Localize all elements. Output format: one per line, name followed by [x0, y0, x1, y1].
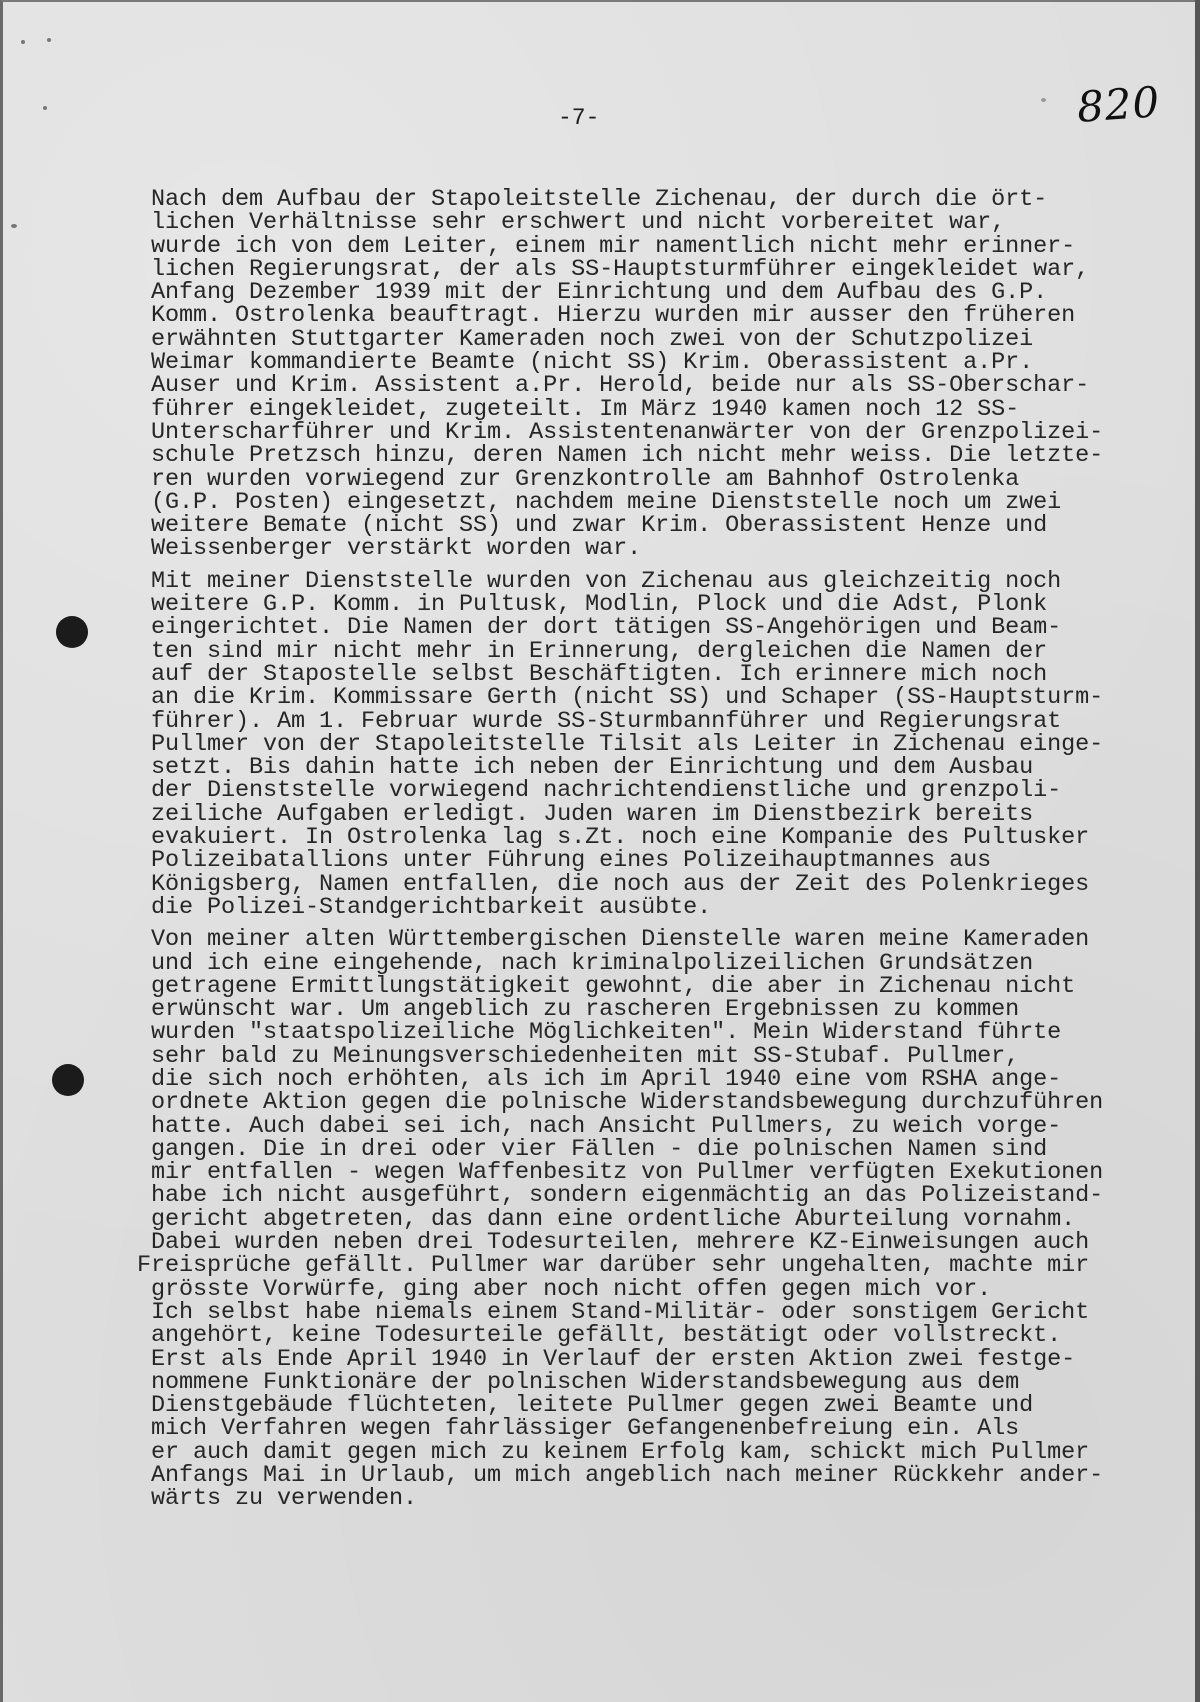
document-page: -7- 820 Nach dem Aufbau der Stapoleitste… [0, 0, 1195, 1702]
text-line: sehr bald zu Meinungsverschiedenheiten m… [151, 1045, 1200, 1068]
text-line: schule Pretzsch hinzu, deren Namen ich n… [151, 444, 1200, 467]
archive-number-handwritten: 820 [1075, 77, 1161, 132]
dust-speck [47, 38, 51, 42]
paragraph-2: Mit meiner Dienststelle wurden von Ziche… [151, 570, 1200, 919]
text-line: Pullmer von der Stapoleitstelle Tilsit a… [151, 733, 1200, 756]
punch-hole-icon [52, 1064, 84, 1096]
text-line: grösste Vorwürfe, ging aber noch nicht o… [151, 1278, 1200, 1301]
punch-hole-icon [56, 616, 88, 648]
text-line: evakuiert. In Ostrolenka lag s.Zt. noch … [151, 826, 1200, 849]
text-line: erwünscht war. Um angeblich zu rascheren… [151, 998, 1200, 1021]
text-line: Von meiner alten Württembergischen Diens… [151, 928, 1200, 951]
body-text: Nach dem Aufbau der Stapoleitstelle Zich… [151, 188, 1200, 1511]
text-line: an die Krim. Kommissare Gerth (nicht SS)… [151, 686, 1200, 709]
text-line: führer eingekleidet, zugeteilt. Im März … [151, 398, 1200, 421]
text-line: die sich noch erhöhten, als ich im April… [151, 1068, 1200, 1091]
text-line: Königsberg, Namen entfallen, die noch au… [151, 873, 1200, 896]
text-line: ordnete Aktion gegen die polnische Wider… [151, 1091, 1200, 1114]
text-line: Erst als Ende April 1940 in Verlauf der … [151, 1348, 1200, 1371]
text-line: auf der Stapostelle selbst Beschäftigten… [151, 663, 1200, 686]
text-line: und ich eine eingehende, nach kriminalpo… [151, 952, 1200, 975]
text-line: setzt. Bis dahin hatte ich neben der Ein… [151, 756, 1200, 779]
text-line: Ich selbst habe niemals einem Stand-Mili… [151, 1301, 1200, 1324]
text-line: Freisprüche gefällt. Pullmer war darüber… [137, 1254, 1200, 1277]
text-line: der Dienststelle vorwiegend nachrichtend… [151, 779, 1200, 802]
page-number: -7- [558, 105, 599, 131]
dust-speck [43, 106, 47, 110]
text-line: Komm. Ostrolenka beauftragt. Hierzu wurd… [151, 304, 1200, 327]
text-line: Unterscharführer und Krim. Assistentenan… [151, 421, 1200, 444]
text-line: lichen Verhältnisse sehr erschwert und n… [151, 211, 1200, 234]
text-line: Anfang Dezember 1939 mit der Einrichtung… [151, 281, 1200, 304]
text-line: die Polizei-Standgerichtbarkeit ausübte. [151, 896, 1200, 919]
scan-edge-right [1195, 0, 1200, 1702]
text-line: Weimar kommandierte Beamte (nicht SS) Kr… [151, 351, 1200, 374]
text-line: Anfangs Mai in Urlaub, um mich angeblich… [151, 1464, 1200, 1487]
text-line: führer). Am 1. Februar wurde SS-Sturmban… [151, 710, 1200, 733]
text-line: weitere G.P. Komm. in Pultusk, Modlin, P… [151, 593, 1200, 616]
text-line: (G.P. Posten) eingesetzt, nachdem meine … [151, 491, 1200, 514]
paragraph-3: Von meiner alten Württembergischen Diens… [151, 928, 1200, 1510]
text-line: gangen. Die in drei oder vier Fällen - d… [151, 1138, 1200, 1161]
text-line: wurde ich von dem Leiter, einem mir name… [151, 235, 1200, 258]
text-line: eingerichtet. Die Namen der dort tätigen… [151, 616, 1200, 639]
text-line: lichen Regierungsrat, der als SS-Hauptst… [151, 258, 1200, 281]
text-line: wärts zu verwenden. [151, 1487, 1200, 1510]
text-line: Dienstgebäude flüchteten, leitete Pullme… [151, 1394, 1200, 1417]
dust-speck [11, 224, 17, 228]
text-line: getragene Ermittlungstätigkeit gewohnt, … [151, 975, 1200, 998]
paragraph-1: Nach dem Aufbau der Stapoleitstelle Zich… [151, 188, 1200, 561]
dust-speck [21, 40, 25, 44]
text-line: Auser und Krim. Assistent a.Pr. Herold, … [151, 374, 1200, 397]
text-line: Weissenberger verstärkt worden war. [151, 537, 1200, 560]
text-line: angehört, keine Todesurteile gefällt, be… [151, 1324, 1200, 1347]
text-line: hatte. Auch dabei sei ich, nach Ansicht … [151, 1115, 1200, 1138]
text-line: Dabei wurden neben drei Todesurteilen, m… [151, 1231, 1200, 1254]
text-line: ten sind mir nicht mehr in Erinnerung, d… [151, 640, 1200, 663]
text-line: mir entfallen - wegen Waffenbesitz von P… [151, 1161, 1200, 1184]
text-line: Polizeibatallions unter Führung eines Po… [151, 849, 1200, 872]
text-line: ren wurden vorwiegend zur Grenzkontrolle… [151, 468, 1200, 491]
text-line: habe ich nicht ausgeführt, sondern eigen… [151, 1184, 1200, 1207]
text-line: erwähnten Stuttgarter Kameraden noch zwe… [151, 328, 1200, 351]
text-line: zeiliche Aufgaben erledigt. Juden waren … [151, 803, 1200, 826]
text-line: nommene Funktionäre der polnischen Wider… [151, 1371, 1200, 1394]
dust-speck [1041, 98, 1046, 102]
text-line: mich Verfahren wegen fahrlässiger Gefang… [151, 1417, 1200, 1440]
text-line: Mit meiner Dienststelle wurden von Ziche… [151, 570, 1200, 593]
text-line: Nach dem Aufbau der Stapoleitstelle Zich… [151, 188, 1200, 211]
text-line: er auch damit gegen mich zu keinem Erfol… [151, 1441, 1200, 1464]
text-line: weitere Bemate (nicht SS) und zwar Krim.… [151, 514, 1200, 537]
text-line: gericht abgetreten, das dann eine ordent… [151, 1208, 1200, 1231]
text-line: wurden "staatspolizeiliche Möglichkeiten… [151, 1021, 1200, 1044]
